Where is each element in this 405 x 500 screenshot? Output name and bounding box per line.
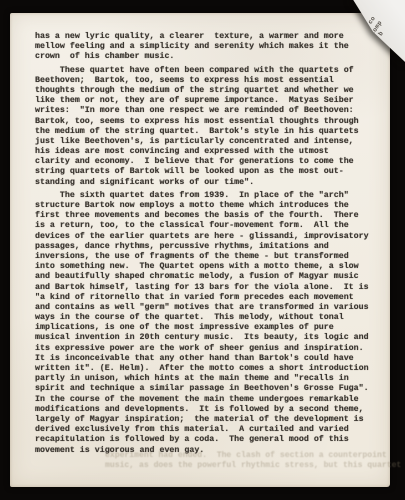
text-line: and beautifully shaped chromatic melody,…: [35, 272, 380, 282]
text-line: derived exclusively from this material. …: [35, 425, 380, 435]
ghost-bleedthrough-text: experiment had ended. The clash of secti…: [105, 451, 395, 471]
scanned-page-photo: has a new lyric quality, a clearer textu…: [0, 0, 405, 500]
text-line: and Bartok himself, lasting for 13 bars …: [35, 283, 380, 293]
paragraph: has a new lyric quality, a clearer textu…: [35, 32, 380, 63]
text-line: first three movements and becomes the ba…: [35, 211, 380, 221]
text-line: musical invention in 20th century music.…: [35, 333, 380, 343]
text-line: It is inconceivable that any other hand …: [35, 354, 380, 364]
text-line: partly in unison, which hints at the mai…: [35, 374, 380, 384]
text-line: the medium of the string quartet. Bartok…: [35, 127, 380, 137]
document-page: has a new lyric quality, a clearer textu…: [10, 13, 390, 487]
text-line: structure Bartok now employs a motto the…: [35, 201, 380, 211]
text-line: clarity and economy. I believe that for …: [35, 157, 380, 167]
folded-corner-paper: Ththe coaccompis b: [346, 0, 405, 71]
text-line: mellow feeling and a simplicity and sere…: [35, 42, 380, 52]
text-line: its expressive power are the work of she…: [35, 344, 380, 354]
text-line: string quartets of Bartok will be looked…: [35, 167, 380, 177]
text-line: Bartok, too, seems to express his most e…: [35, 117, 380, 127]
text-line: his ideas are most convincing and expres…: [35, 147, 380, 157]
text-line: passages, dance rhythms, percussive rhyt…: [35, 242, 380, 252]
text-line: has a new lyric quality, a clearer textu…: [35, 32, 380, 42]
text-line: ways in the course of the quartet. This …: [35, 313, 380, 323]
text-line: thoughts through the medium of the strin…: [35, 86, 380, 96]
text-line: The sixth quartet dates from 1939. In pl…: [35, 191, 380, 201]
corner-text: Ththe coaccompis b: [352, 11, 390, 48]
text-line: implications, is one of the most impress…: [35, 323, 380, 333]
text-line: writes: "In more than one respect we are…: [35, 106, 380, 116]
page-text: has a new lyric quality, a clearer textu…: [35, 32, 380, 456]
text-line: just like Beethoven's, is particularly c…: [35, 137, 380, 147]
paragraph: These quartet have often been compared w…: [35, 66, 380, 188]
text-line: spirit and technique a similar passage i…: [35, 384, 380, 394]
text-line: like them or not, they are of supreme im…: [35, 96, 380, 106]
text-line: standing and significant works of our ti…: [35, 178, 380, 188]
text-line: In the course of the movement the main t…: [35, 395, 380, 405]
text-line: and contains as well "germ" motives that…: [35, 303, 380, 313]
paragraph: The sixth quartet dates from 1939. In pl…: [35, 191, 380, 456]
ghost-line: experiment had ended. The clash of secti…: [105, 451, 395, 461]
ghost-line: music, as does the powerful rhythmic str…: [105, 461, 395, 471]
text-line: "a kind of ritornello that in varied for…: [35, 293, 380, 303]
text-line: written it". (E. Helm). After the motto …: [35, 364, 380, 374]
text-line: inversions, the use of fragments of the …: [35, 252, 380, 262]
text-line: modifications and developments. It is fo…: [35, 405, 380, 415]
text-line: into something new. The Quartet opens wi…: [35, 262, 380, 272]
text-line: These quartet have often been compared w…: [35, 66, 380, 76]
text-line: recapitulation is followed by a coda. Th…: [35, 435, 380, 445]
text-line: crown of his chamber music.: [35, 52, 380, 62]
text-line: devices of the earlier quartets are here…: [35, 232, 380, 242]
text-line: is a return, too, to the classical four-…: [35, 221, 380, 231]
text-line: largely of Magyar inspiration; the mater…: [35, 415, 380, 425]
text-line: Beethoven; Bartok, too, seems to express…: [35, 76, 380, 86]
overlapping-page-corner: Ththe coaccompis b: [346, 0, 405, 71]
